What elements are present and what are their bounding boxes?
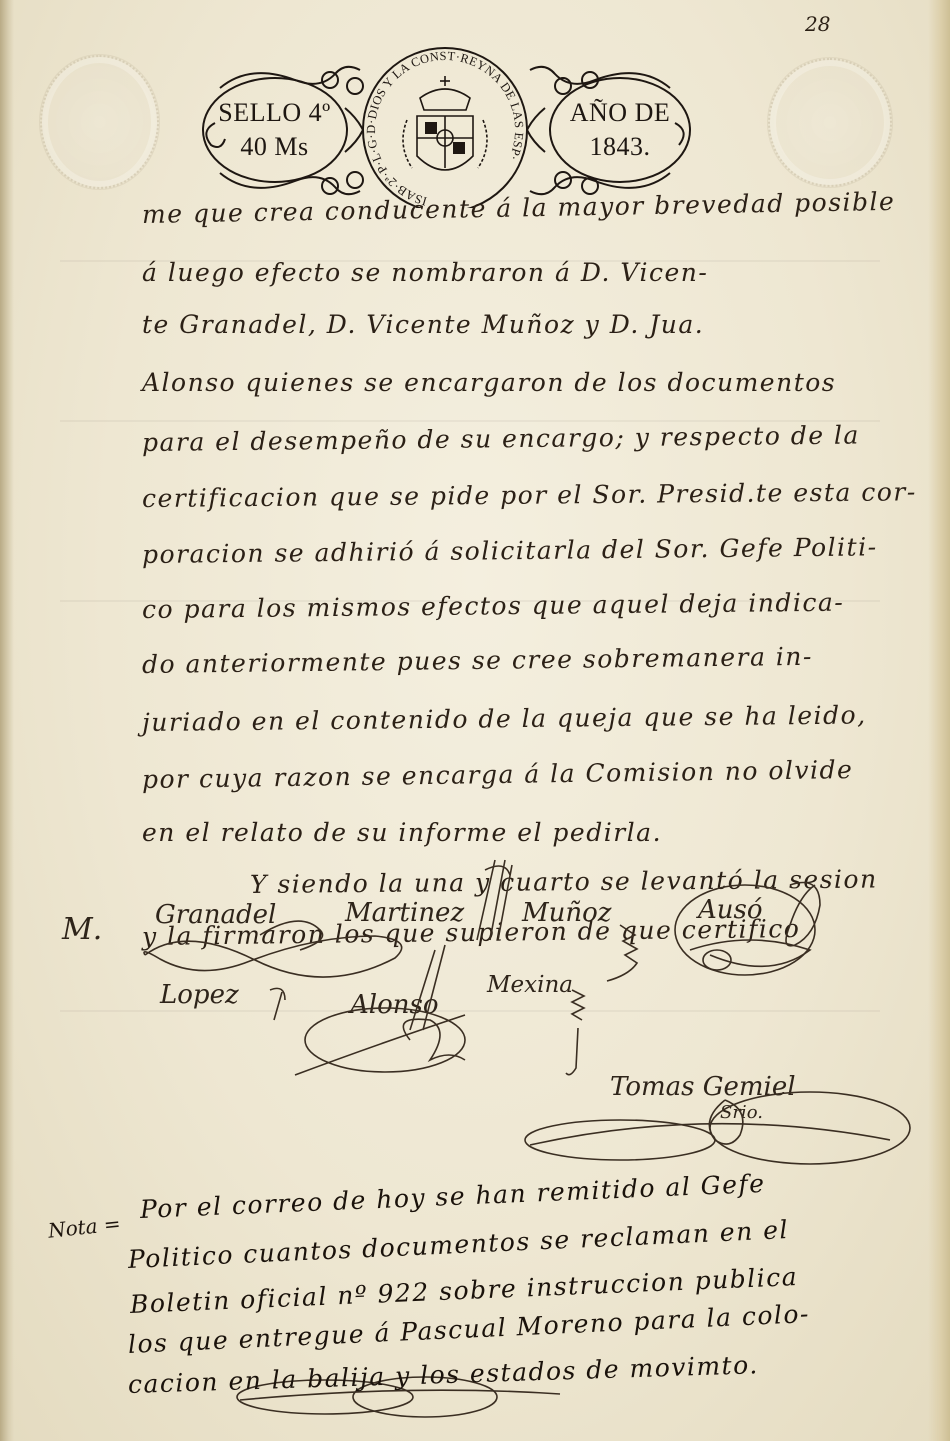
manuscript-page: 28 (0, 0, 950, 1441)
signature-flourishes-icon (0, 0, 950, 1441)
